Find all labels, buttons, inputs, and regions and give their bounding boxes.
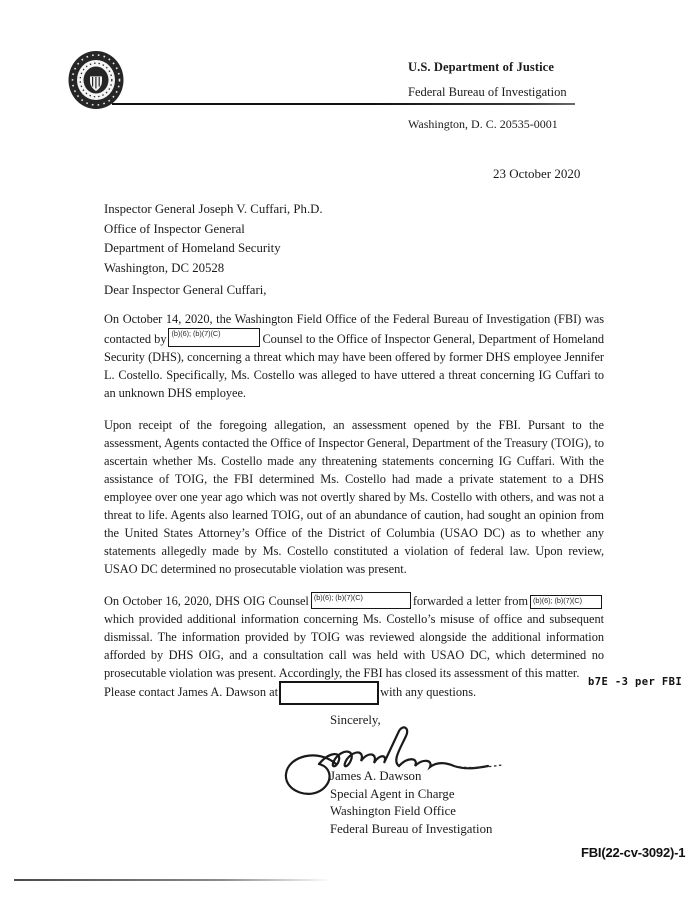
redaction-box: (b)(6); (b)(7)(C): [530, 595, 602, 609]
text-run: On October 16, 2020, DHS OIG Counsel: [104, 594, 309, 608]
redaction-exemption-label: (b)(6); (b)(7)(C): [533, 597, 582, 605]
redaction-box: (b)(6); (b)(7)(C): [311, 592, 411, 609]
paragraph-3: On October 16, 2020, DHS OIG Counsel(b)(…: [104, 592, 604, 682]
redaction-exemption-label: (b)(6); (b)(7)(C): [171, 330, 220, 338]
text-run: with any questions.: [380, 685, 476, 699]
redaction-box: [279, 681, 379, 705]
contact-line: Please contact James A. Dawson atwith an…: [104, 678, 604, 706]
scan-artifact-line: [14, 879, 332, 881]
recipient-address-line: Inspector General Joseph V. Cuffari, Ph.…: [104, 200, 323, 220]
signature-block-line: Federal Bureau of Investigation: [330, 821, 492, 839]
text-run: forwarded a letter from: [413, 594, 528, 608]
recipient-address: Inspector General Joseph V. Cuffari, Ph.…: [104, 200, 323, 278]
signature-block-line: James A. Dawson: [330, 768, 492, 786]
paragraph-2: Upon receipt of the foregoing allegation…: [104, 416, 604, 578]
recipient-address-line: Department of Homeland Security: [104, 239, 323, 259]
letterhead-rule: [112, 103, 575, 105]
letter-body: On October 14, 2020, the Washington Fiel…: [104, 310, 604, 696]
fbi-seal-icon: [67, 49, 125, 111]
letter-page: U.S. Department of Justice Federal Burea…: [0, 0, 700, 908]
signature-block-line: Washington Field Office: [330, 803, 492, 821]
redaction-box: (b)(6); (b)(7)(C): [168, 328, 260, 347]
letterhead-bureau: Federal Bureau of Investigation: [408, 85, 567, 100]
foia-handling-note: b7E -3 per FBI: [588, 676, 682, 688]
contact-line: Please contact James A. Dawson atwith an…: [104, 678, 604, 706]
text-run: Upon receipt of the foregoing allegation…: [104, 418, 604, 576]
recipient-address-line: Washington, DC 20528: [104, 259, 323, 279]
letter-date: 23 October 2020: [493, 166, 580, 182]
bates-footer: FBI(22-cv-3092)-1: [581, 845, 685, 860]
recipient-address-line: Office of Inspector General: [104, 220, 323, 240]
signature-block-line: Special Agent in Charge: [330, 786, 492, 804]
signature-block: James A. DawsonSpecial Agent in ChargeWa…: [330, 768, 492, 838]
redaction-exemption-label: (b)(6); (b)(7)(C): [314, 594, 363, 602]
text-run: Please contact James A. Dawson at: [104, 685, 278, 699]
letterhead-agency: U.S. Department of Justice: [408, 60, 554, 75]
paragraph-1: On October 14, 2020, the Washington Fiel…: [104, 310, 604, 402]
salutation: Dear Inspector General Cuffari,: [104, 283, 267, 298]
letterhead-address: Washington, D. C. 20535-0001: [408, 117, 558, 132]
text-run: which provided additional information co…: [104, 612, 604, 680]
